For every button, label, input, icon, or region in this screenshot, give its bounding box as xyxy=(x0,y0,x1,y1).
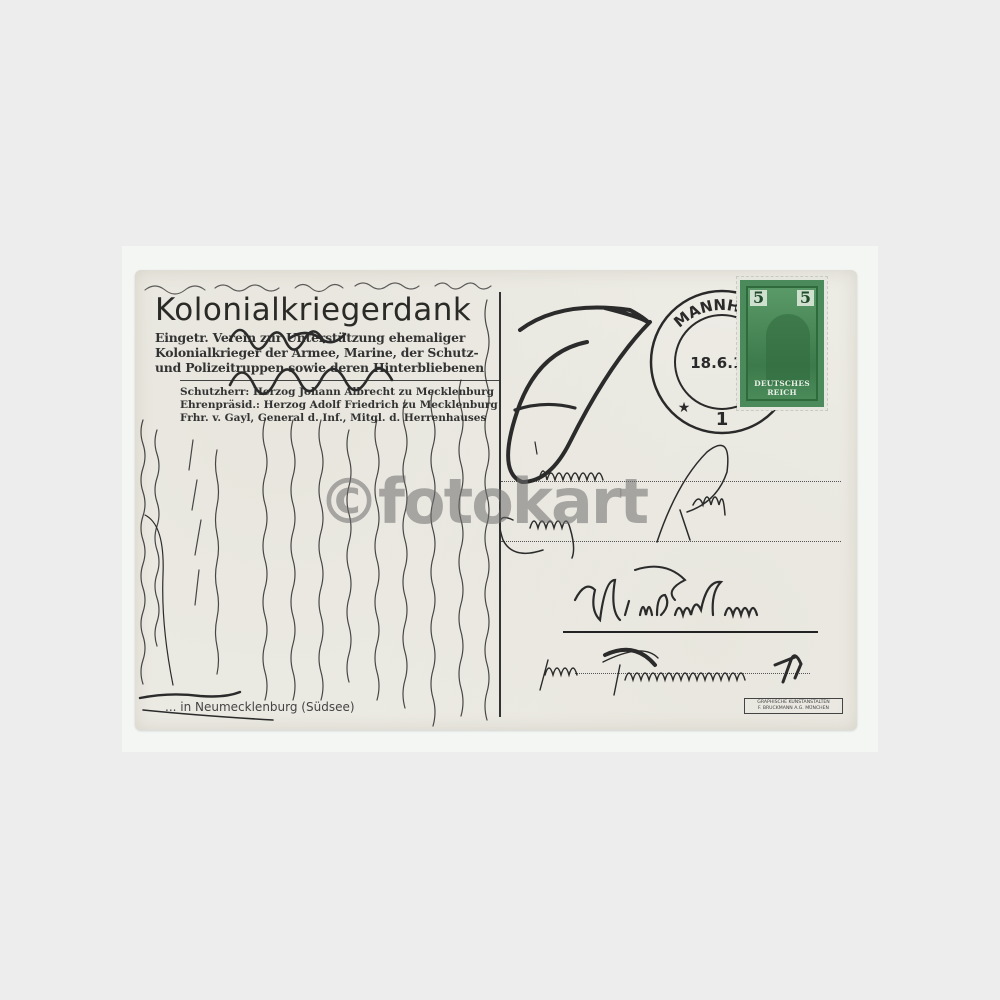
watermark: ©fotokart xyxy=(318,465,647,538)
svg-text:★: ★ xyxy=(678,400,691,416)
germania-icon xyxy=(766,314,810,384)
printer-imprint-line: F. BRUCKMANN A.G. MÜNCHEN xyxy=(746,706,841,712)
printer-imprint: GRAPHISCHE KUNSTANSTALTEN F. BRUCKMANN A… xyxy=(744,698,843,714)
stamp-value: 5 xyxy=(750,290,767,306)
postage-stamp: 5 5 DEUTSCHES REICH xyxy=(737,277,827,410)
svg-text:1: 1 xyxy=(716,409,729,430)
stamp-country: DEUTSCHES REICH xyxy=(748,379,816,397)
stamp-value: 5 xyxy=(797,290,814,306)
